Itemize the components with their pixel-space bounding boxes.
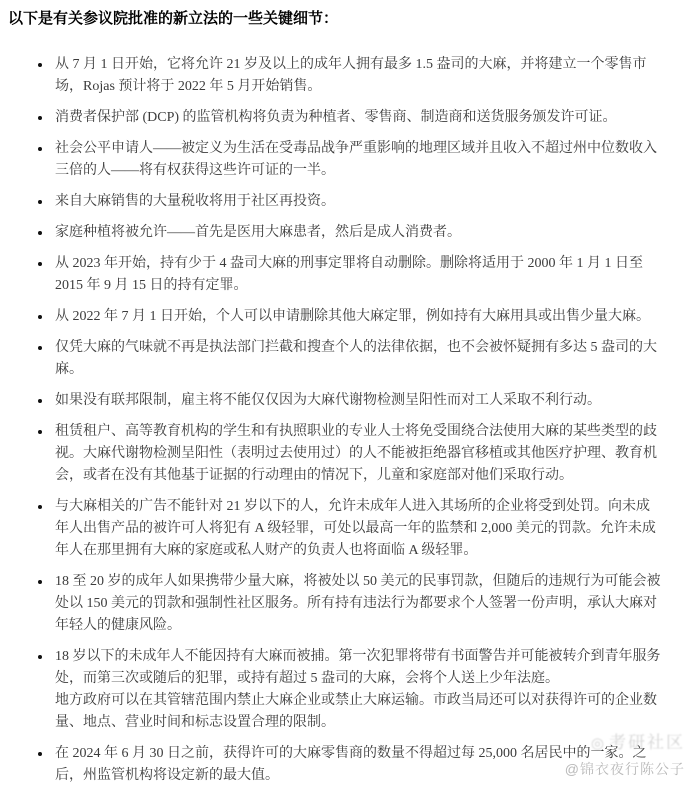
bullet-icon (38, 231, 42, 235)
bullet-icon (38, 505, 42, 509)
list-item: 18 岁以下的未成年人不能因持有大麻而被捕。第一次犯罪将带有书面警告并可能被转介… (55, 646, 662, 734)
list-item-text: 18 岁以下的未成年人不能因持有大麻而被捕。第一次犯罪将带有书面警告并可能被转介… (55, 646, 662, 734)
bullet-icon (38, 315, 42, 319)
article-page: 以下是有关参议院批准的新立法的一些关键细节： 从 7 月 1 日开始，它将允许 … (0, 0, 690, 789)
list-item-text: 仅凭大麻的气味就不再是执法部门拦截和搜查个人的法律依据，也不会被怀疑拥有多达 5… (55, 337, 662, 381)
list-item: 从 2022 年 7 月 1 日开始，个人可以申请删除其他大麻定罪，例如持有大麻… (55, 306, 662, 328)
list-item: 社会公平申请人——被定义为生活在受毒品战争严重影响的地理区域并且收入不超过州中位… (55, 138, 662, 182)
list-item: 从 7 月 1 日开始，它将允许 21 岁及以上的成年人拥有最多 1.5 盎司的… (55, 54, 662, 98)
bullet-icon (38, 752, 42, 756)
bullet-icon (38, 116, 42, 120)
list-item: 与大麻相关的广告不能针对 21 岁以下的人，允许未成年人进入其场所的企业将受到处… (55, 496, 662, 562)
list-item: 来自大麻销售的大量税收将用于社区再投资。 (55, 191, 662, 213)
list-item: 在 2024 年 6 月 30 日之前，获得许可的大麻零售商的数量不得超过每 2… (55, 743, 662, 787)
bullet-icon (38, 262, 42, 266)
list-item-text: 18 至 20 岁的成年人如果携带少量大麻，将被处以 50 美元的民事罚款，但随… (55, 571, 662, 637)
list-item-text: 家庭种植将被允许——首先是医用大麻患者，然后是成人消费者。 (55, 222, 662, 244)
bullet-icon (38, 655, 42, 659)
bullet-icon (38, 147, 42, 151)
list-item-text: 从 2022 年 7 月 1 日开始，个人可以申请删除其他大麻定罪，例如持有大麻… (55, 306, 662, 328)
bullet-icon (38, 580, 42, 584)
bullet-icon (38, 63, 42, 67)
bullet-icon (38, 399, 42, 403)
list-item: 如果没有联邦限制，雇主将不能仅仅因为大麻代谢物检测呈阳性而对工人采取不利行动。 (55, 390, 662, 412)
page-title: 以下是有关参议院批准的新立法的一些关键细节： (8, 8, 662, 29)
bullet-icon (38, 200, 42, 204)
bullet-icon (38, 346, 42, 350)
list-item-text: 消费者保护部 (DCP) 的监管机构将负责为种植者、零售商、制造商和送货服务颁发… (55, 107, 662, 129)
bullet-icon (38, 430, 42, 434)
list-item: 家庭种植将被允许——首先是医用大麻患者，然后是成人消费者。 (55, 222, 662, 244)
list-item: 租赁租户、高等教育机构的学生和有执照职业的专业人士将免受围绕合法使用大麻的某些类… (55, 421, 662, 487)
list-item-text: 租赁租户、高等教育机构的学生和有执照职业的专业人士将免受围绕合法使用大麻的某些类… (55, 421, 662, 487)
list-item: 消费者保护部 (DCP) 的监管机构将负责为种植者、零售商、制造商和送货服务颁发… (55, 107, 662, 129)
list-item: 从 2023 年开始，持有少于 4 盎司大麻的刑事定罪将自动删除。删除将适用于 … (55, 253, 662, 297)
list-item-text: 来自大麻销售的大量税收将用于社区再投资。 (55, 191, 662, 213)
list-item: 仅凭大麻的气味就不再是执法部门拦截和搜查个人的法律依据，也不会被怀疑拥有多达 5… (55, 337, 662, 381)
list-item: 18 至 20 岁的成年人如果携带少量大麻，将被处以 50 美元的民事罚款，但随… (55, 571, 662, 637)
list-item-text: 在 2024 年 6 月 30 日之前，获得许可的大麻零售商的数量不得超过每 2… (55, 743, 662, 787)
list-item-text: 如果没有联邦限制，雇主将不能仅仅因为大麻代谢物检测呈阳性而对工人采取不利行动。 (55, 390, 662, 412)
list-item-text: 从 2023 年开始，持有少于 4 盎司大麻的刑事定罪将自动删除。删除将适用于 … (55, 253, 662, 297)
list-item-text: 社会公平申请人——被定义为生活在受毒品战争严重影响的地理区域并且收入不超过州中位… (55, 138, 662, 182)
list-item-text: 与大麻相关的广告不能针对 21 岁以下的人，允许未成年人进入其场所的企业将受到处… (55, 496, 662, 562)
list-item-text: 从 7 月 1 日开始，它将允许 21 岁及以上的成年人拥有最多 1.5 盎司的… (55, 54, 662, 98)
key-details-list: 从 7 月 1 日开始，它将允许 21 岁及以上的成年人拥有最多 1.5 盎司的… (8, 54, 662, 787)
